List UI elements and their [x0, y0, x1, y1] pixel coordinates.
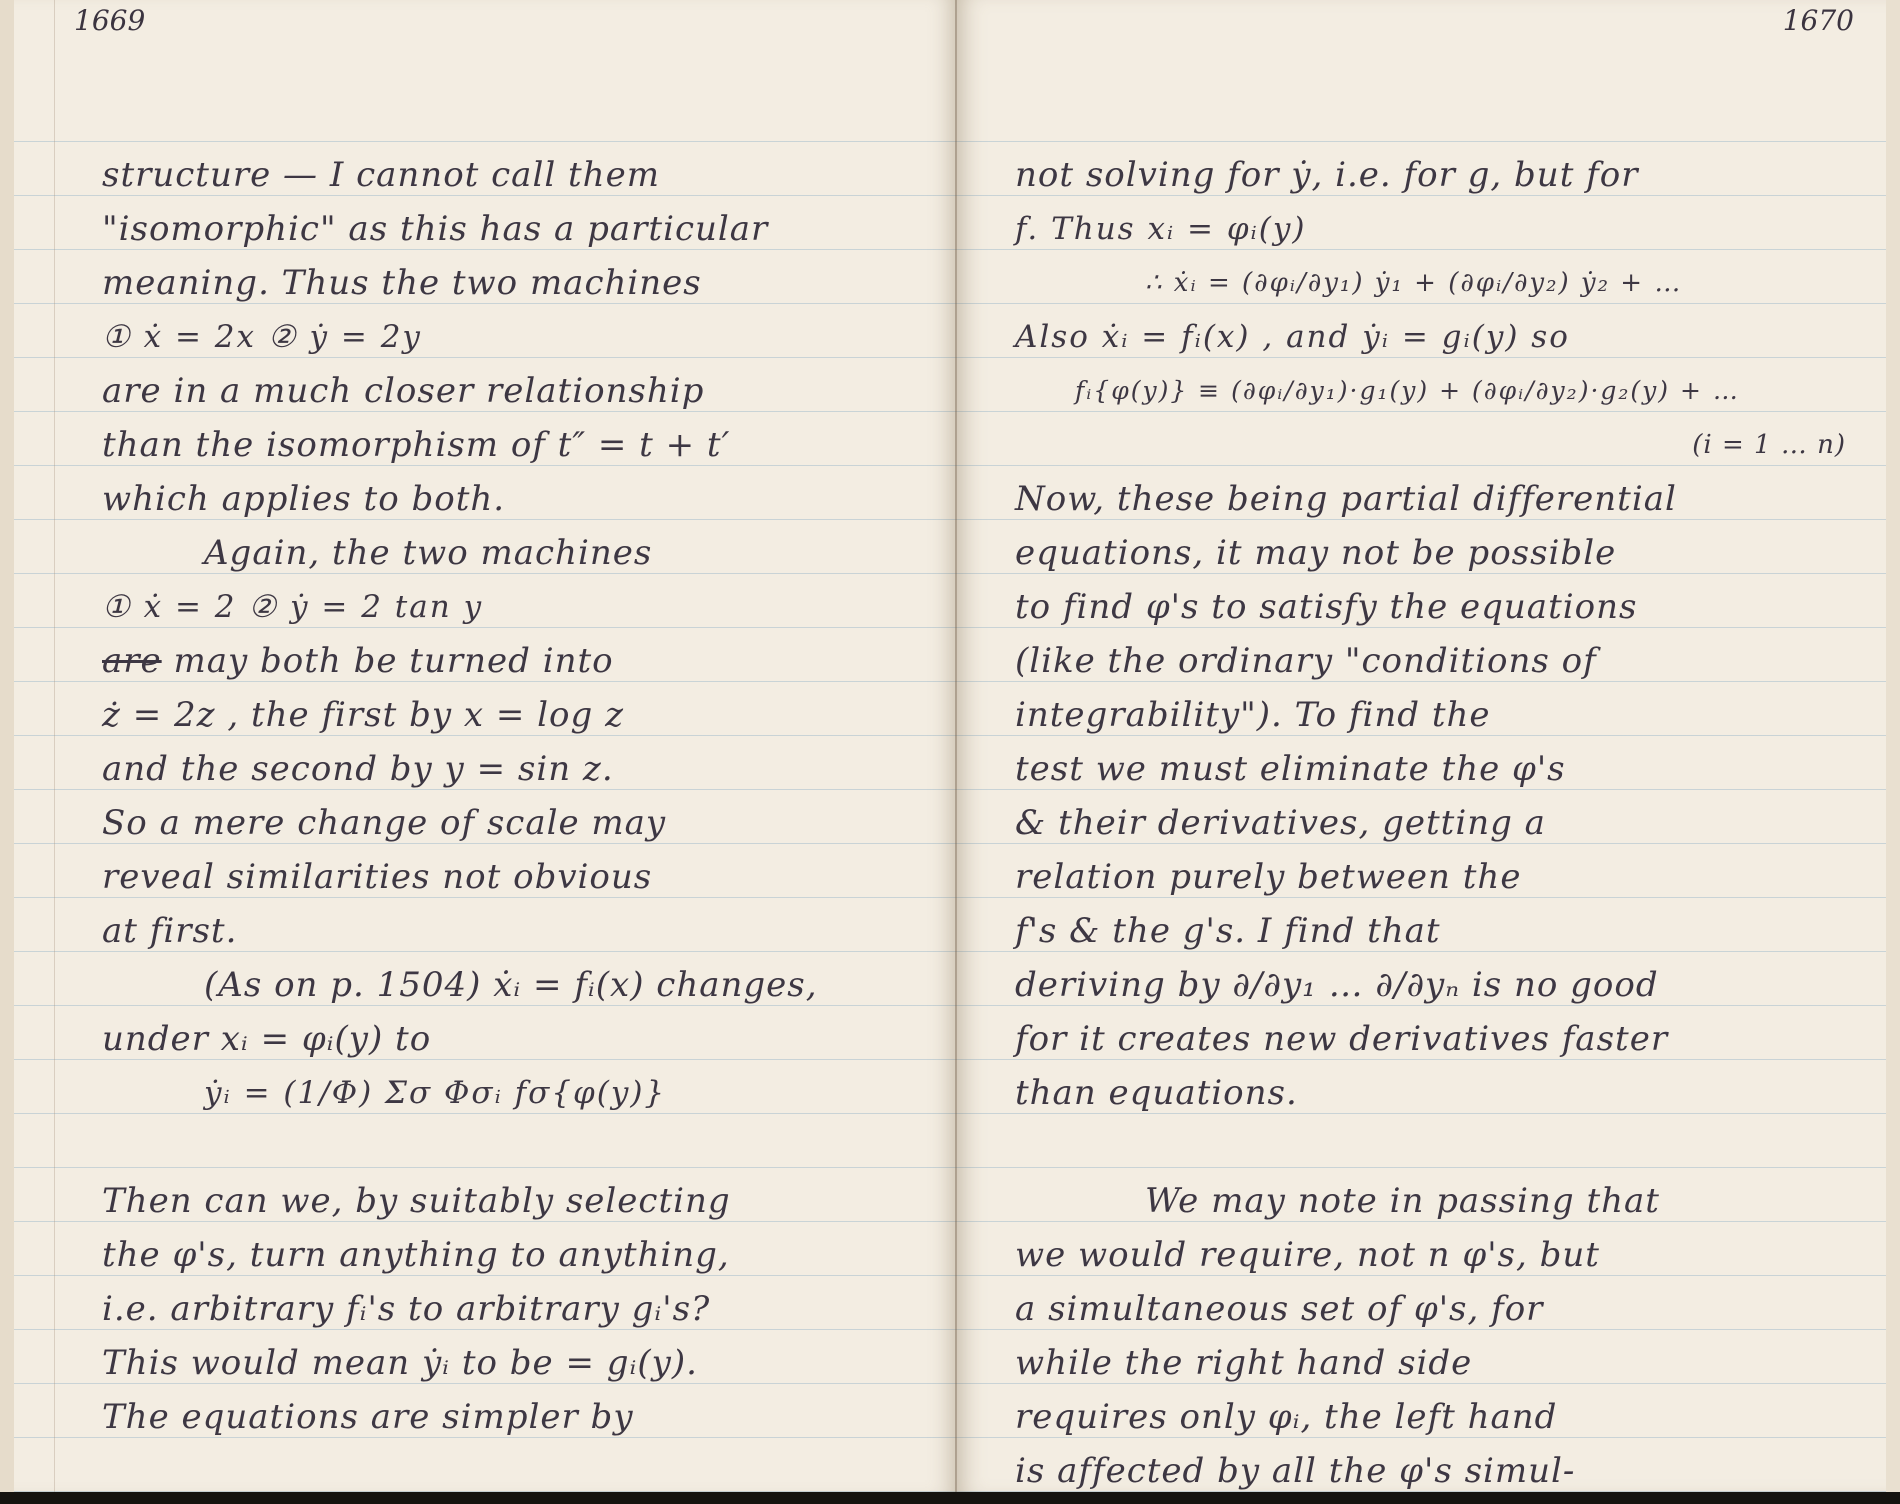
page-number-right: 1670: [1783, 4, 1854, 37]
text-line: are in a much closer relationship: [14, 364, 955, 418]
text-line: So a mere change of scale may: [14, 796, 955, 850]
text-line: deriving by ∂/∂y₁ … ∂/∂yₙ is no good: [955, 958, 1886, 1012]
text-line: We may note in passing that: [955, 1174, 1886, 1228]
equation-line: f. Thus xᵢ = φᵢ(y): [955, 202, 1886, 256]
text-line: to find φ's to satisfy the equations: [955, 580, 1886, 634]
text-line: equations, it may not be possible: [955, 526, 1886, 580]
text-line: we would require, not n φ's, but: [955, 1228, 1886, 1282]
text-line: i.e. arbitrary fᵢ's to arbitrary gᵢ's?: [14, 1282, 955, 1336]
text-line: test we must eliminate the φ's: [955, 742, 1886, 796]
text-line: The equations are simpler by: [14, 1390, 955, 1444]
book-spine: [955, 0, 957, 1492]
index-range: (i = 1 … n): [955, 418, 1886, 472]
text-line: are may both be turned into: [14, 634, 955, 688]
text-line: for it creates new derivatives faster: [955, 1012, 1886, 1066]
right-page-text: not solving for ẏ, i.e. for g, but for f…: [955, 148, 1886, 1498]
text-line: This would mean ẏᵢ to be = gᵢ(y).: [14, 1336, 955, 1390]
text-line: than equations.: [955, 1066, 1886, 1120]
text-line: which applies to both.: [14, 472, 955, 526]
equation-line: Also ẋᵢ = fᵢ(x) , and ẏᵢ = gᵢ(y) so: [955, 310, 1886, 364]
notebook-spread: 1669 structure — I cannot call them "iso…: [0, 0, 1900, 1492]
left-page: 1669 structure — I cannot call them "iso…: [0, 0, 955, 1492]
struck-word: are: [102, 641, 162, 681]
background-edge: [0, 1492, 1900, 1504]
text-line: Then can we, by suitably selecting: [14, 1174, 955, 1228]
text-line: Again, the two machines: [14, 526, 955, 580]
text-line: than the isomorphism of t″ = t + t′: [14, 418, 955, 472]
text-line: relation purely between the: [955, 850, 1886, 904]
text-line: "isomorphic" as this has a particular: [14, 202, 955, 256]
text-line: the φ's, turn anything to anything,: [14, 1228, 955, 1282]
equation-line: fᵢ{φ(y)} ≡ (∂φᵢ/∂y₁)·g₁(y) + (∂φᵢ/∂y₂)·g…: [955, 364, 1886, 418]
equation-line: ∴ ẋᵢ = (∂φᵢ/∂y₁) ẏ₁ + (∂φᵢ/∂y₂) ẏ₂ + …: [955, 256, 1886, 310]
blank-line: [955, 1120, 1886, 1174]
text-line: while the right hand side: [955, 1336, 1886, 1390]
text-line: structure — I cannot call them: [14, 148, 955, 202]
equation-line: ẏᵢ = (1/Φ) Σσ Φσᵢ fσ{φ(y)}: [14, 1066, 955, 1120]
text-line: ż = 2z , the first by x = log z: [14, 688, 955, 742]
text-line: and the second by y = sin z.: [14, 742, 955, 796]
right-page: 1670 not solving for ẏ, i.e. for g, but …: [955, 0, 1900, 1492]
text-line: & their derivatives, getting a: [955, 796, 1886, 850]
equation-line: ① ẋ = 2 ② ẏ = 2 tan y: [14, 580, 955, 634]
text-line: under xᵢ = φᵢ(y) to: [14, 1012, 955, 1066]
text-line: meaning. Thus the two machines: [14, 256, 955, 310]
text-line: a simultaneous set of φ's, for: [955, 1282, 1886, 1336]
equation-line: ① ẋ = 2x ② ẏ = 2y: [14, 310, 955, 364]
text-line: is affected by all the φ's simul-: [955, 1444, 1886, 1498]
text-line: integrability"). To find the: [955, 688, 1886, 742]
text-line: (As on p. 1504) ẋᵢ = fᵢ(x) changes,: [14, 958, 955, 1012]
text-line: at first.: [14, 904, 955, 958]
text-line: requires only φᵢ, the left hand: [955, 1390, 1886, 1444]
page-number-left: 1669: [74, 4, 145, 37]
text-line: Now, these being partial differential: [955, 472, 1886, 526]
text-line: f's & the g's. I find that: [955, 904, 1886, 958]
text-line: not solving for ẏ, i.e. for g, but for: [955, 148, 1886, 202]
text-line: reveal similarities not obvious: [14, 850, 955, 904]
text-line: (like the ordinary "conditions of: [955, 634, 1886, 688]
blank-line: [14, 1120, 955, 1174]
left-page-text: structure — I cannot call them "isomorph…: [14, 148, 955, 1444]
